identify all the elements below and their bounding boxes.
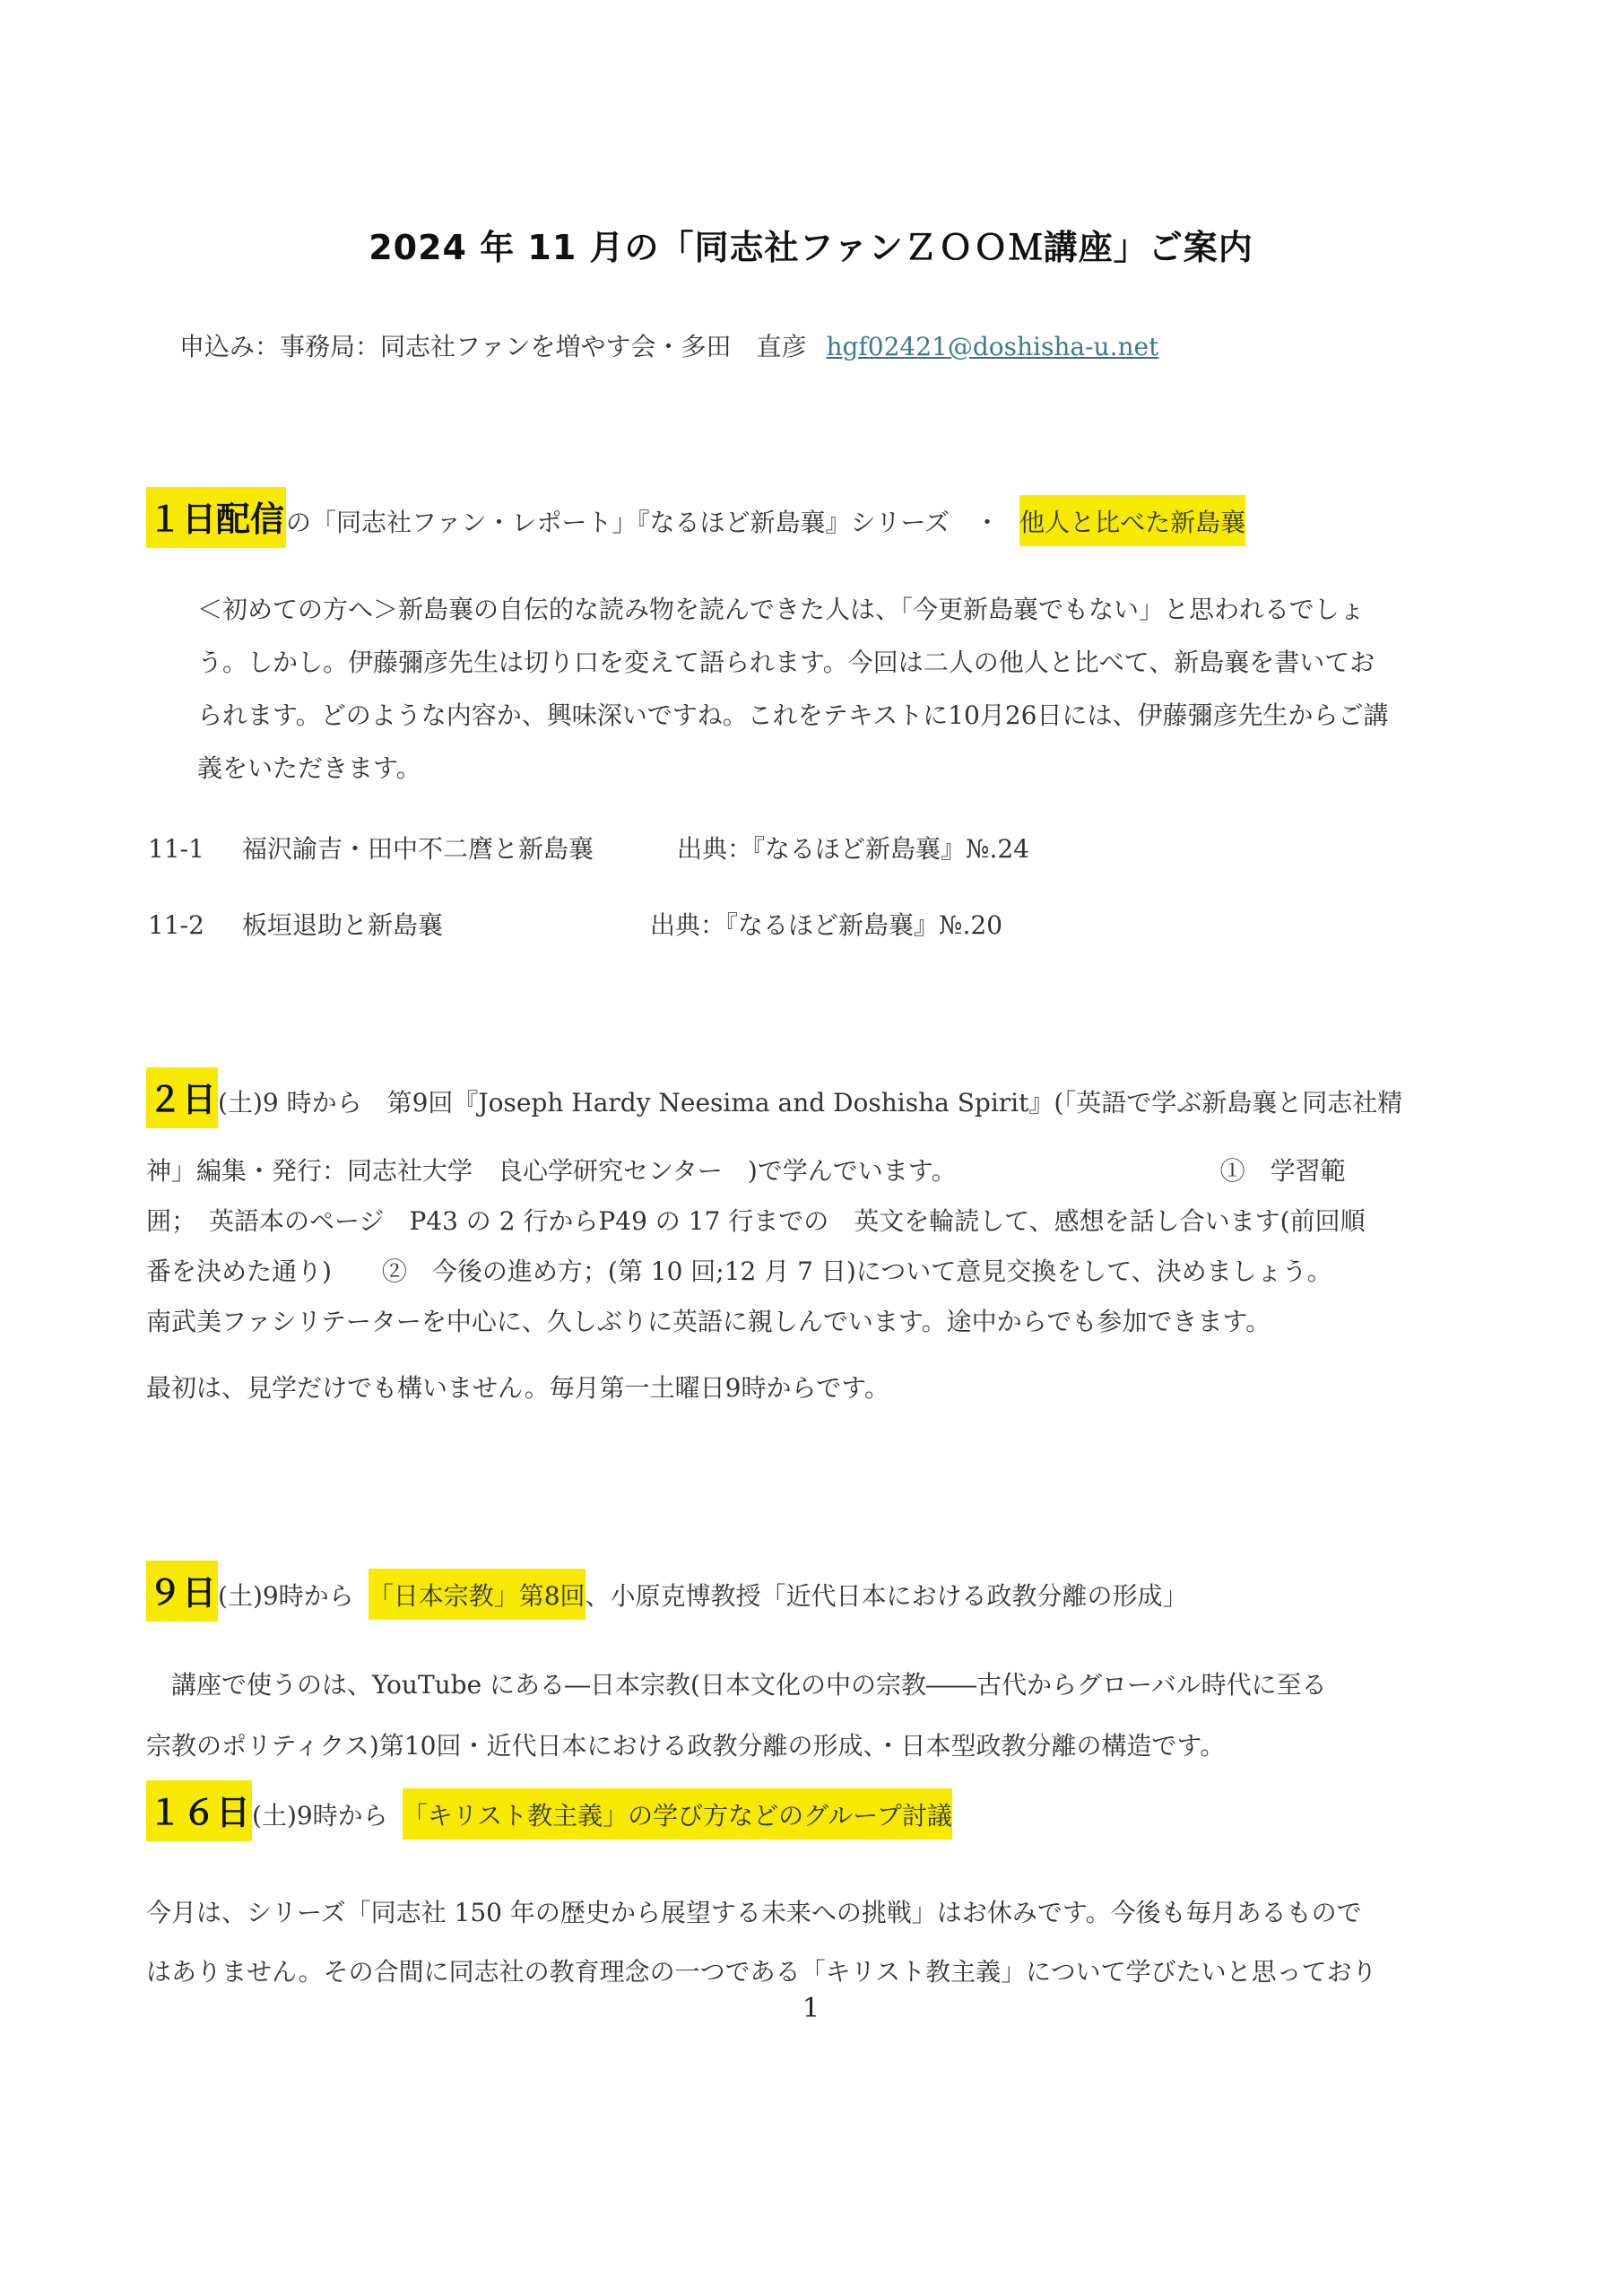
item-source: 出典：『なるほど新島襄』№.24	[677, 834, 1029, 864]
body-line: 南武美ファシリテーターを中心に、久しぶりに英語に親しんでいます。途中からでも参加…	[146, 1297, 1419, 1347]
section-heading-highlight: 他人と比べた新島襄	[1019, 495, 1245, 546]
section-time: (土)9時から	[218, 1581, 354, 1611]
section-heading-highlight: 「日本宗教」第8回	[369, 1569, 585, 1620]
day-badge: ９日	[146, 1561, 218, 1622]
list-item: 11-1福沢諭吉・田中不二麿と新島襄出典：『なるほど新島襄』№.24	[148, 830, 1029, 865]
section-heading-text: の「同志社ファン・レポート」『なるほど新島襄』シリーズ ・	[286, 508, 1000, 537]
body-line: 義をいただきます。	[197, 742, 1470, 795]
section-3-heading: ９日(土)9時から「日本宗教」第8回、小原克博教授「近代日本における政教分離の形…	[146, 1565, 1188, 1614]
section-1-heading: １日配信の「同志社ファン・レポート」『なるほど新島襄』シリーズ ・他人と比べた新…	[146, 491, 1245, 541]
body-line: 神」編集・発行：同志社大学 良心学研究センター )で学んでいます。 ① 学習範	[146, 1146, 1419, 1196]
contact-line: 申込み：事務局：同志社ファンを増やす会・多田 直彦hgf02421@doshis…	[179, 327, 1158, 363]
body-line: う。しかし。伊藤彌彦先生は切り口を変えて語られます。今回は二人の他人と比べて、新…	[197, 636, 1470, 689]
body-line: 今月は、シリーズ「同志社 150 年の歴史から展望する未来への挑戦」はお休みです…	[146, 1883, 1419, 1943]
section-time: (土)9時から	[252, 1801, 388, 1831]
item-title: 板垣退助と新島襄	[242, 906, 650, 942]
page-title: 2024 年 11 月の「同志社ファンＺＯＯＭ講座」ご案内	[0, 220, 1622, 269]
body-line: 番を決めた通り) ② 今後の進め方；(第 10 回;12 月 7 日)について意…	[146, 1247, 1419, 1297]
section-heading-text: 、小原克博教授「近代日本における政教分離の形成」	[585, 1581, 1188, 1611]
section-heading-highlight: 「キリスト教主義」の学び方などのグループ討議	[403, 1788, 952, 1839]
item-title: 福沢諭吉・田中不二麿と新島襄	[242, 830, 677, 865]
section-1-body: ＜初めての方へ＞新島襄の自伝的な読み物を読んできた人は、「今更新島襄でもない」と…	[197, 583, 1470, 795]
section-2-body: 神」編集・発行：同志社大学 良心学研究センター )で学んでいます。 ① 学習範 …	[146, 1146, 1419, 1413]
contact-label: 申込み：事務局：同志社ファンを増やす会・多田 直彦	[179, 332, 806, 361]
day-badge: １日配信	[146, 487, 286, 548]
item-number: 11-1	[148, 834, 242, 864]
page-number: 1	[0, 1993, 1622, 2024]
body-line: ＜初めての方へ＞新島襄の自伝的な読み物を読んできた人は、「今更新島襄でもない」と…	[197, 583, 1470, 636]
list-item: 11-2板垣退助と新島襄出典：『なるほど新島襄』№.20	[148, 906, 1002, 942]
item-source: 出典：『なるほど新島襄』№.20	[650, 910, 1002, 940]
body-line: 最初は、見学だけでも構いません。毎月第一土曜日9時からです。	[146, 1363, 1419, 1413]
body-line: 講座で使うのは、YouTube にある―日本宗教(日本文化の中の宗教――古代から…	[146, 1655, 1419, 1716]
email-link[interactable]: hgf02421@doshisha-u.net	[826, 332, 1158, 361]
section-heading-text: (土)9 時から 第9回『Joseph Hardy Neesima and Do…	[218, 1088, 1402, 1118]
day-badge: １６日	[146, 1780, 252, 1841]
section-3-body: 講座で使うのは、YouTube にある―日本宗教(日本文化の中の宗教――古代から…	[146, 1655, 1419, 1777]
section-4-body: 今月は、シリーズ「同志社 150 年の歴史から展望する未来への挑戦」はお休みです…	[146, 1883, 1419, 2002]
item-number: 11-2	[148, 910, 242, 940]
body-line: 囲； 英語本のページ P43 の 2 行からP49 の 17 行までの 英文を輪…	[146, 1196, 1419, 1247]
body-line: られます。どのような内容か、興味深いですね。これをテキストに10月26日には、伊…	[197, 689, 1470, 742]
body-line: 宗教のポリティクス)第10回・近代日本における政教分離の形成、・日本型政教分離の…	[146, 1716, 1419, 1777]
day-badge: ２日	[146, 1067, 218, 1128]
section-2-heading: ２日(土)9 時から 第9回『Joseph Hardy Neesima and …	[146, 1072, 1402, 1121]
section-4-heading: １６日(土)9時から「キリスト教主義」の学び方などのグループ討議	[146, 1785, 952, 1834]
